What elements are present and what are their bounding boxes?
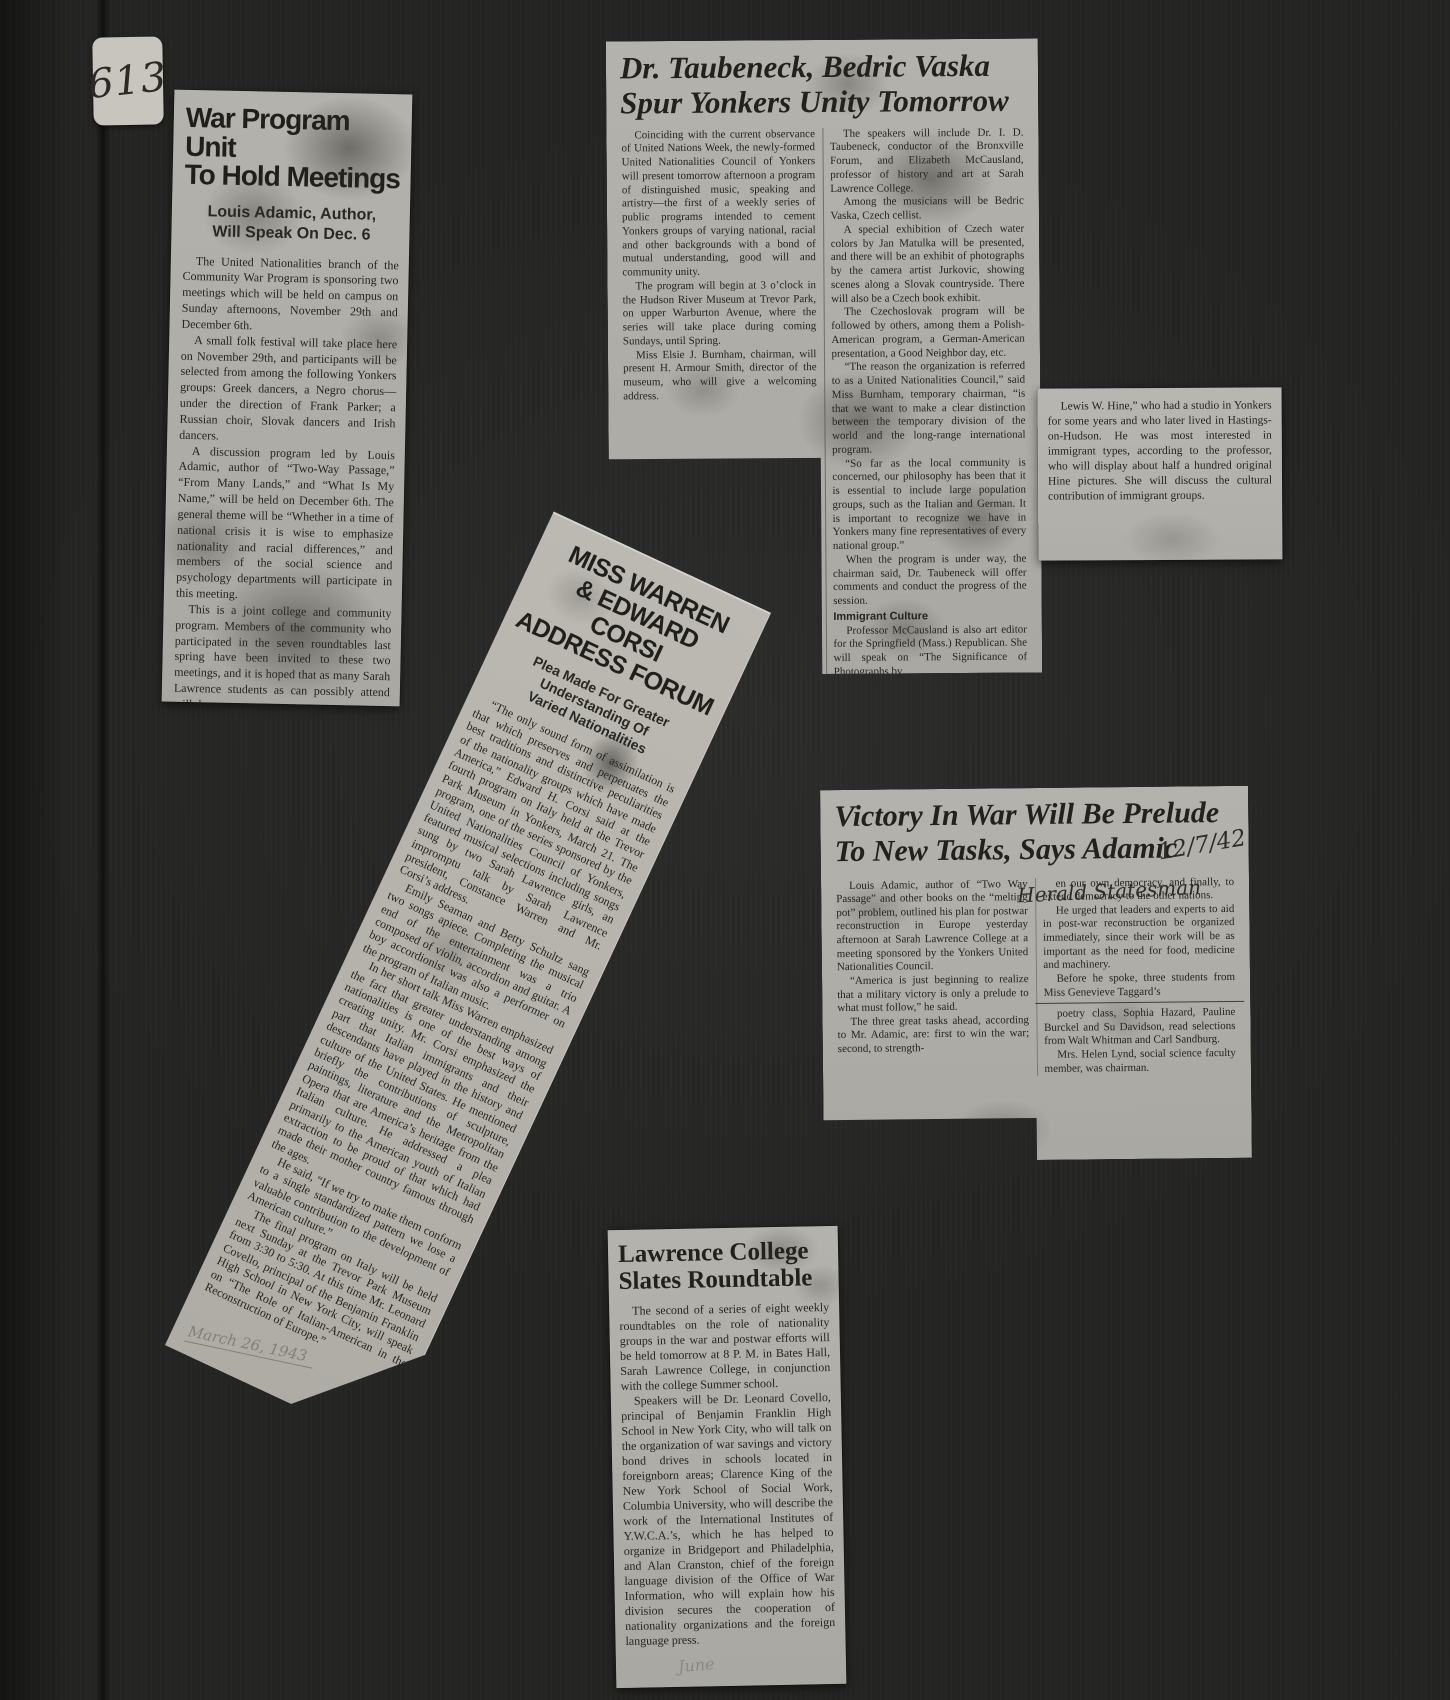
paragraph: The second of a series of eight weekly r… (619, 1300, 831, 1394)
paragraph: The Czechoslovak program will be followe… (831, 305, 1025, 361)
column-right: The speakers will include Dr. I. D. Taub… (822, 126, 1034, 675)
page-number: 613 (86, 54, 170, 108)
paragraph: Mrs. Helen Lynd, social science faculty … (1044, 1047, 1236, 1076)
headline-line: Spur Yonkers Unity Tomorrow (620, 83, 1026, 121)
headline-line: Slates Roundtable (618, 1264, 828, 1295)
lawrence-headline: Lawrence College Slates Roundtable (618, 1237, 829, 1295)
page-gutter-shadow (96, 0, 110, 1700)
column-right: en our own democracy, and finally, to ex… (1034, 875, 1243, 1076)
headline-line: Victory In War Will Be Prelude (834, 796, 1240, 835)
war-program-subhead: Louis Adamic, Author, Will Speak On Dec.… (183, 201, 400, 246)
corsi-body: “The only sound form of assimilation is … (203, 693, 678, 1384)
page-number-label: 613 (92, 36, 164, 125)
clipping-victory-adamic: Victory In War Will Be Prelude To New Ta… (820, 786, 1252, 1162)
paragraph: “The reason the organization is referred… (832, 360, 1026, 458)
headline-line: To Hold Meetings (184, 161, 401, 194)
subhead-line: Will Speak On Dec. 6 (183, 221, 399, 246)
column-left: Louis Adamic, author of “Two Way Passage… (829, 878, 1037, 1079)
clipping-war-program: War Program Unit To Hold Meetings Louis … (162, 90, 413, 707)
taubeneck-headline: Dr. Taubeneck, Bedric Vaska Spur Yonkers… (606, 38, 1039, 125)
paragraph: Coinciding with the current observance o… (621, 128, 816, 281)
war-program-body: The United Nationalities branch of the C… (173, 253, 399, 706)
paragraph: A discussion program led by Louis Adamic… (176, 443, 395, 606)
paragraph: Professor McCausland is also art editor … (833, 623, 1027, 675)
paragraph: Louis Adamic, author of “Two Way Passage… (836, 878, 1028, 975)
lawrence-body: The second of a series of eight weekly r… (619, 1300, 836, 1649)
paragraph: Miss Elsie J. Burnham, chairman, will pr… (623, 348, 817, 404)
handwritten-note: June (677, 1654, 715, 1676)
paragraph: He urged that leaders and experts to aid… (1043, 903, 1235, 973)
fold-crease-line (1035, 1001, 1244, 1004)
headline-line: War Program Unit (185, 104, 402, 166)
section-subhead: Immigrant Culture (833, 609, 1027, 624)
clipping-lawrence-roundtable: Lawrence College Slates Roundtable The s… (608, 1226, 847, 1688)
paragraph: This is a joint college and community pr… (173, 602, 391, 707)
paragraph: When the program is under way, the chair… (833, 552, 1027, 608)
paragraph: The program will begin at 3 o’clock in t… (622, 279, 816, 349)
paragraph: poetry class, Sophia Hazard, Pauline Bur… (1044, 1006, 1236, 1049)
clipping-lewis-hine: Lewis W. Hine,” who had a studio in Yonk… (1038, 387, 1283, 560)
paragraph: “So far as the local community is concer… (832, 456, 1026, 554)
headline-line: Lawrence College (618, 1237, 828, 1268)
paragraph: “America is just beginning to realize th… (837, 973, 1029, 1016)
paragraph: Lewis W. Hine,” who had a studio in Yonk… (1048, 398, 1273, 504)
paragraph: The United Nationalities branch of the C… (181, 253, 399, 337)
war-program-headline: War Program Unit To Hold Meetings (184, 104, 402, 194)
paragraph: A small folk festival will take place he… (179, 333, 397, 448)
paragraph: The speakers will include Dr. I. D. Taub… (830, 126, 1024, 196)
paragraph: Before he spoke, three students from Mis… (1043, 971, 1235, 1000)
paragraph: A special exhibition of Czech water colo… (831, 223, 1025, 307)
paragraph: Among the musicians will be Bedric Vaska… (830, 195, 1024, 224)
paragraph: The three great tasks ahead, according t… (837, 1014, 1029, 1057)
headline-line: Dr. Taubeneck, Bedric Vaska (620, 48, 1026, 86)
paragraph: Speakers will be Dr. Leonard Covello, pr… (621, 1390, 836, 1649)
